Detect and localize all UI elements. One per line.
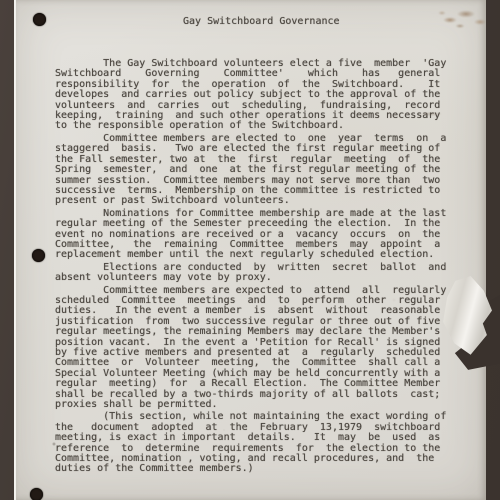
hole-punch-top — [33, 13, 46, 26]
paragraph: The Gay Switchboard volunteers elect a f… — [55, 59, 449, 132]
faint-smudge — [416, 111, 446, 117]
paragraph: Committee members are elected to one yea… — [55, 134, 449, 207]
paragraphs: The Gay Switchboard volunteers elect a f… — [55, 59, 449, 475]
hole-punch-middle — [32, 249, 45, 262]
brown-stain — [432, 4, 494, 36]
paragraph: (This section, while not maintaining the… — [55, 412, 449, 474]
paragraph: Nominations for Committee membership are… — [55, 209, 449, 261]
ink-speck — [52, 442, 56, 446]
hole-punch-bottom — [30, 488, 43, 500]
page-title: Gay Switchboard Governance — [55, 17, 449, 27]
typewritten-text: Gay Switchboard Governance The Gay Switc… — [55, 0, 449, 498]
paragraph: Elections are conducted by written secre… — [55, 263, 449, 284]
scanned-document-photo: Gay Switchboard Governance The Gay Switc… — [0, 0, 500, 500]
paragraph: Committee members are expected to attend… — [55, 286, 449, 411]
